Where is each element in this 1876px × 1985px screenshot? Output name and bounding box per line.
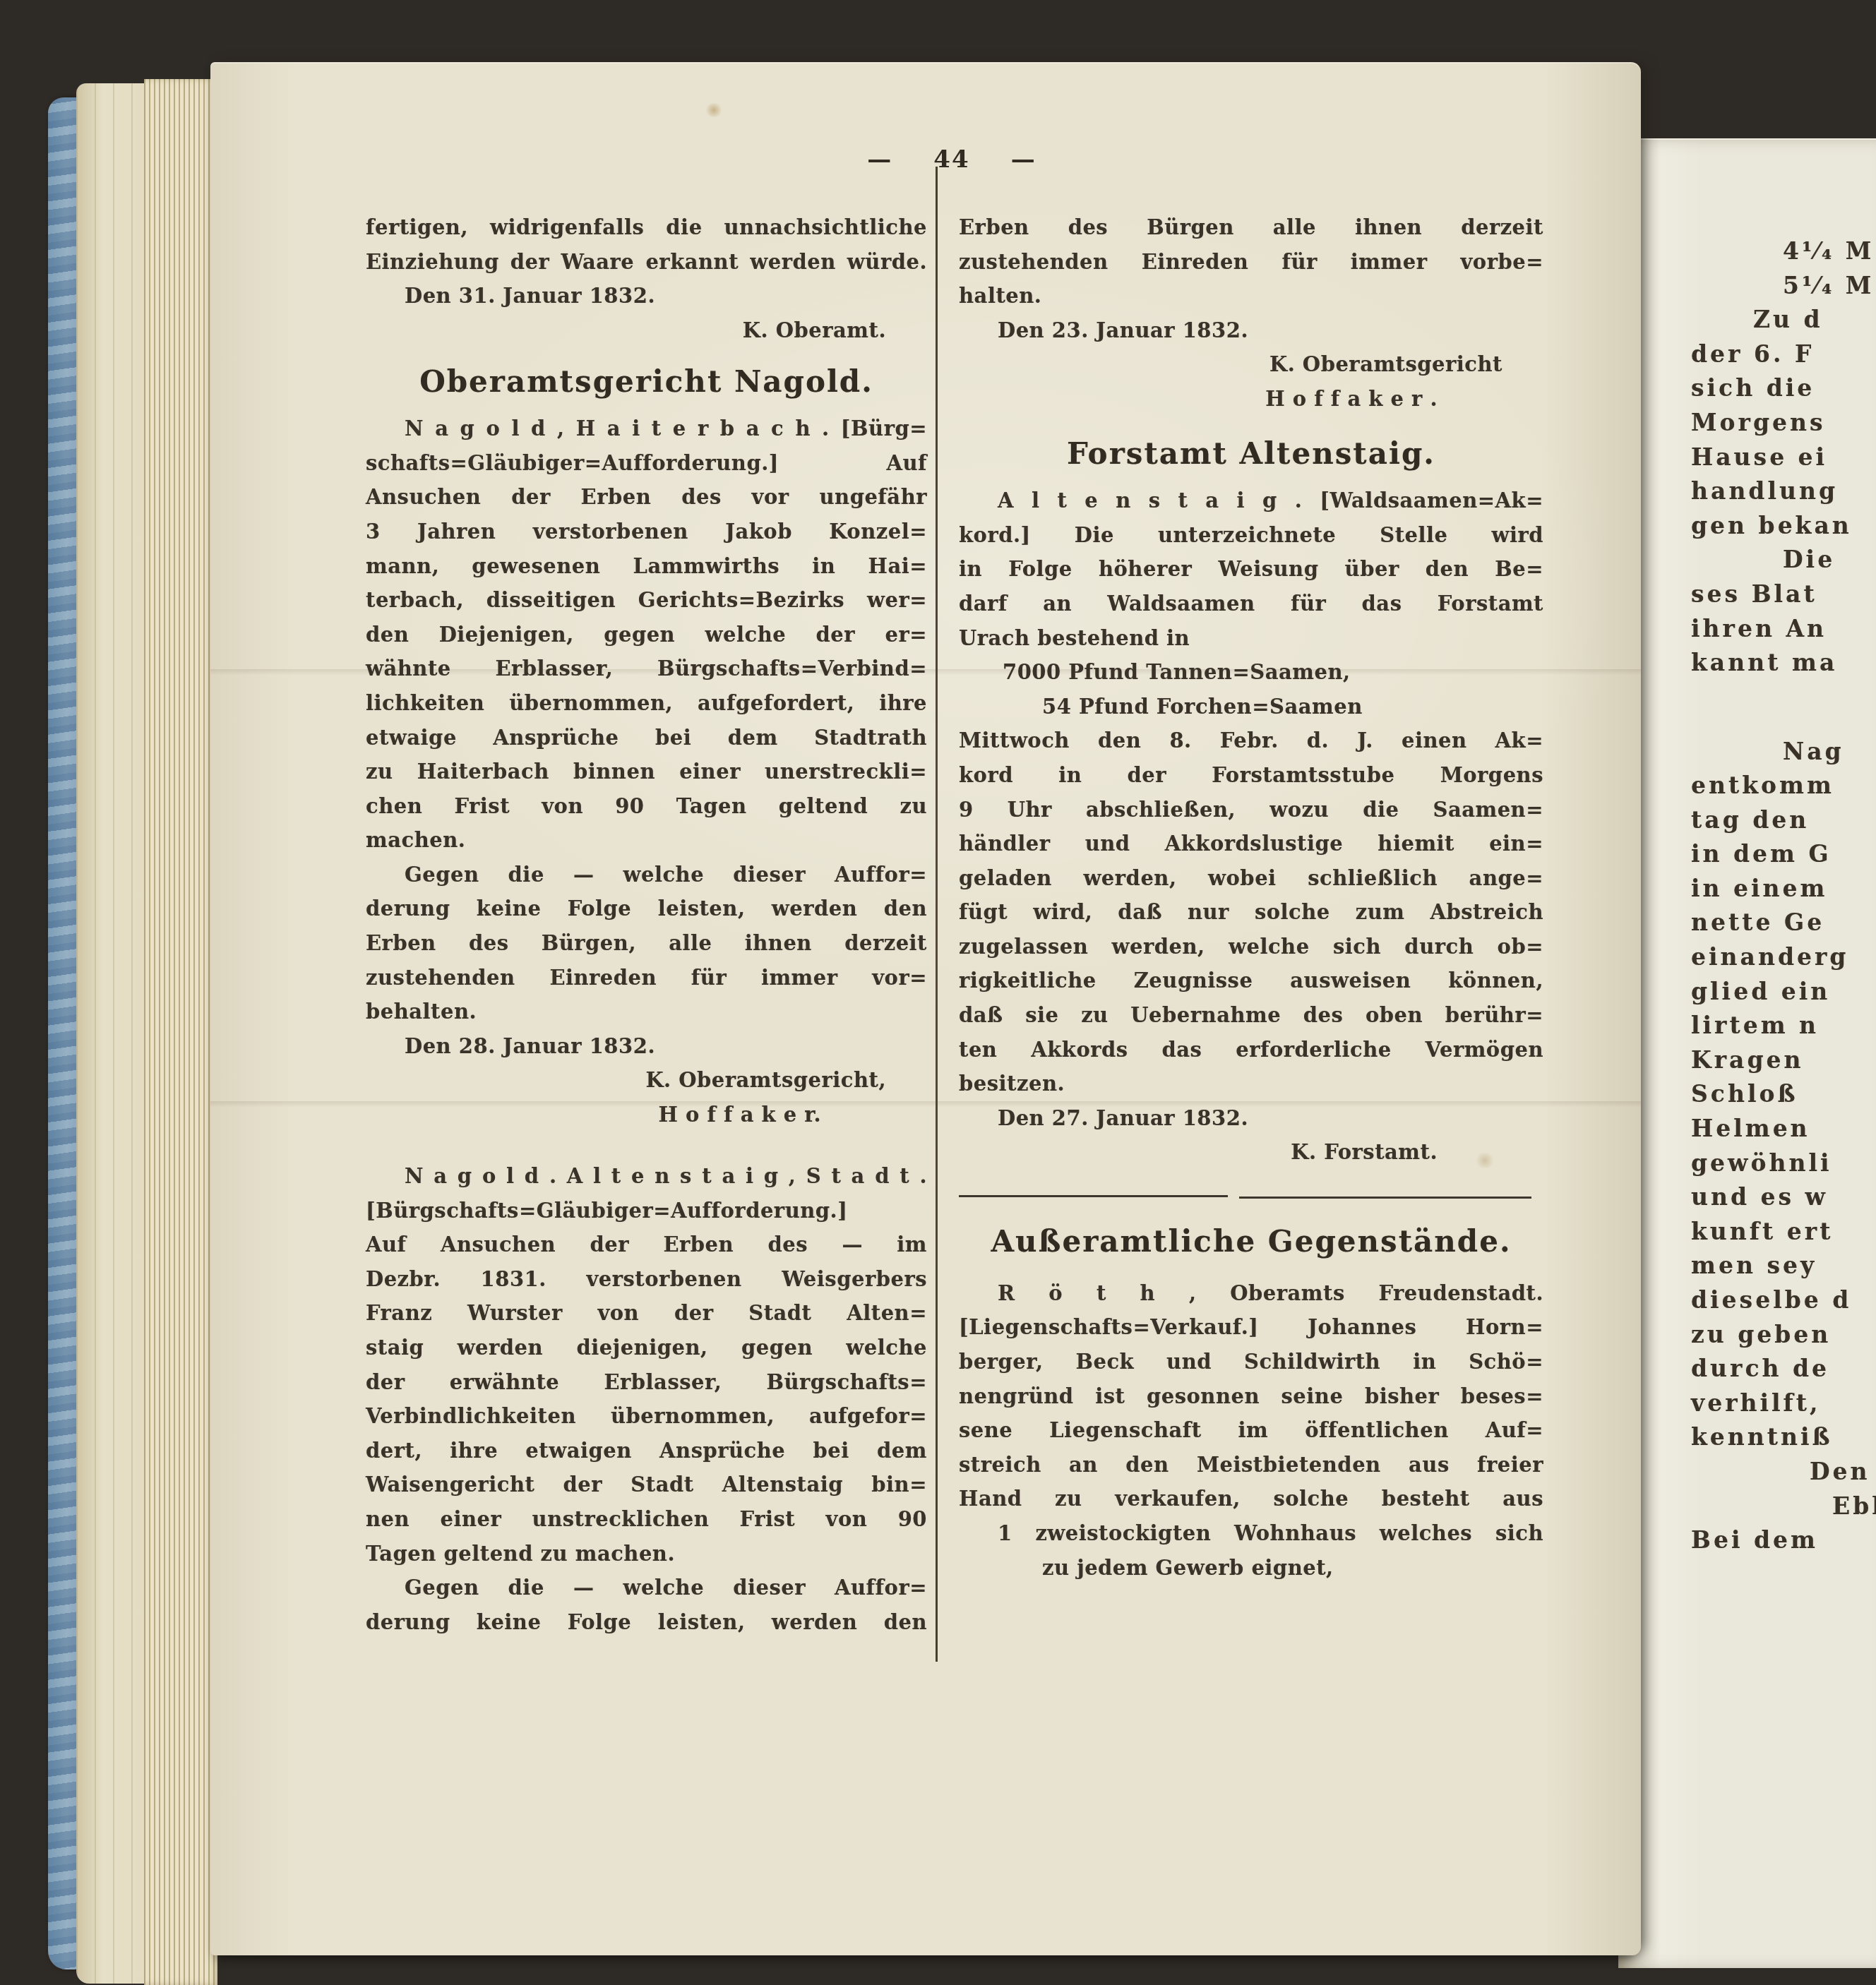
text-line: R ö t h , Oberamts Freudenstadt. <box>959 1276 1543 1311</box>
text-line: zu Haiterbach binnen einer unerstreckli= <box>366 755 927 789</box>
text-line: Dezbr. 1831. verstorbenen Weisgerbers <box>366 1262 927 1297</box>
rule-segment <box>959 1195 1228 1197</box>
text-line: Auf Ansuchen der Erben des — im <box>366 1228 927 1262</box>
text-line: [Liegenschafts=Verkauf.] Johannes Horn= <box>959 1310 1543 1345</box>
text-line: Ebh <box>1691 1489 1876 1524</box>
text-line: 5¹⁄₄ M <box>1691 269 1876 304</box>
text-line: nen einer unstrecklichen Frist von 90 <box>366 1502 927 1537</box>
text-line: Den 28. Januar 1832. <box>366 1029 927 1064</box>
text-line: fügt wird, daß nur solche zum Abstreich <box>959 895 1543 930</box>
page-number-header: —44— <box>366 145 1538 174</box>
text-line: Verbindlichkeiten übernommen, aufgefor= <box>366 1399 927 1434</box>
text-line: den Diejenigen, gegen welche der er= <box>366 618 927 652</box>
text-line: in dem G <box>1691 837 1876 872</box>
text-line: ses Blat <box>1691 577 1876 612</box>
line-gap <box>366 1132 927 1159</box>
text-line: kunft ert <box>1691 1215 1876 1249</box>
text-line: machen. <box>366 823 927 858</box>
header-dash: — <box>970 145 1077 174</box>
text-line: Bei dem <box>1691 1523 1876 1558</box>
text-line: Den 27. Januar 1832. <box>959 1101 1543 1136</box>
text-line: dert, ihre etwaigen Ansprüche bei dem <box>366 1434 927 1468</box>
text-line: 9 Uhr abschließen, wozu die Saamen= <box>959 793 1543 827</box>
header-dash: — <box>826 145 933 174</box>
text-line: besitzen. <box>959 1067 1543 1101</box>
text-line: der 6. F <box>1691 337 1876 372</box>
column-3: 4¹⁄₄ M5¹⁄₄ MZu dder 6. Fsich dieMorgensH… <box>1691 234 1876 1558</box>
text-line: Hand zu verkaufen, solche besteht aus <box>959 1482 1543 1516</box>
text-line: A l t e n s t a i g . [Waldsaamen=Ak= <box>959 484 1543 518</box>
page-number: 44 <box>933 145 969 174</box>
text-line: daß sie zu Uebernahme des oben berühr= <box>959 998 1543 1033</box>
text-line: N a g o l d . A l t e n s t a i g , S t … <box>366 1159 927 1194</box>
text-line: Zu d <box>1691 303 1876 337</box>
text-line: zustehenden Einreden für immer vorbe= <box>959 245 1543 280</box>
next-page-under: 4¹⁄₄ M5¹⁄₄ MZu dder 6. Fsich dieMorgensH… <box>1618 138 1876 1968</box>
line-gap <box>366 404 927 412</box>
text-line: gewöhnli <box>1691 1146 1876 1181</box>
text-line: Mittwoch den 8. Febr. d. J. einen Ak= <box>959 724 1543 758</box>
text-line: Die <box>1691 543 1876 577</box>
line-gap <box>959 1264 1543 1276</box>
text-line: halten. <box>959 279 1543 313</box>
text-line: glied ein <box>1691 975 1876 1009</box>
text-line: einanderg <box>1691 940 1876 975</box>
text-line: H o f f a k e r. <box>366 1098 927 1132</box>
text-line: kord.] Die unterzeichnete Stelle wird <box>959 518 1543 553</box>
text-line: gen bekan <box>1691 509 1876 544</box>
text-line: Urach bestehend in <box>959 621 1543 656</box>
text-line: 1 zweistockigten Wohnhaus welches sich <box>959 1516 1543 1551</box>
text-line: nengründ ist gesonnen seine bisher beses… <box>959 1379 1543 1414</box>
text-line: Hause ei <box>1691 440 1876 475</box>
text-line: tag den <box>1691 803 1876 838</box>
line-gap <box>959 1204 1543 1219</box>
text-line: K. Oberamtsgericht, <box>366 1063 927 1098</box>
text-line: Helmen <box>1691 1112 1876 1146</box>
text-line: Schloß <box>1691 1077 1876 1112</box>
text-line: kord in der Forstamtsstube Morgens <box>959 758 1543 793</box>
text-line: sich die <box>1691 371 1876 406</box>
text-line: derung keine Folge leisten, werden den <box>366 1605 927 1640</box>
text-line: K. Forstamt. <box>959 1135 1543 1170</box>
line-gap <box>366 347 927 359</box>
line-gap <box>1691 680 1876 735</box>
text-line: terbach, disseitigen Gerichts=Bezirks we… <box>366 583 927 618</box>
column-2: Erben des Bürgen alle ihnen derzeitzuste… <box>959 210 1543 1585</box>
main-page: —44— fertigen, widrigenfalls die unnachs… <box>210 62 1641 1955</box>
line-gap <box>959 476 1543 484</box>
text-line: durch de <box>1691 1352 1876 1386</box>
text-line: Franz Wurster von der Stadt Alten= <box>366 1296 927 1331</box>
text-line: zu jedem Gewerb eignet, <box>959 1551 1543 1585</box>
text-line: handlung <box>1691 474 1876 509</box>
text-line: 4¹⁄₄ M <box>1691 234 1876 269</box>
text-line: dieselbe d <box>1691 1283 1876 1318</box>
text-line: K. Oberamt. <box>366 313 927 348</box>
text-line: verhilft, <box>1691 1386 1876 1421</box>
text-line: Kragen <box>1691 1043 1876 1078</box>
text-line: Gegen die — welche dieser Auffor= <box>366 1571 927 1605</box>
text-line: in Folge höherer Weisung über den Be= <box>959 552 1543 587</box>
text-line: men sey <box>1691 1249 1876 1283</box>
text-line: Waisengericht der Stadt Altenstaig bin= <box>366 1468 927 1502</box>
text-line: zustehenden Einreden für immer vor= <box>366 961 927 995</box>
text-line: chen Frist von 90 Tagen geltend zu <box>366 789 927 824</box>
text-line: 54 Pfund Forchen=Saamen <box>959 690 1543 724</box>
text-line: fertigen, widrigenfalls die unnachsichtl… <box>366 210 927 245</box>
text-line: entkomm <box>1691 769 1876 803</box>
text-line: Den 31. Januar 1832. <box>366 279 927 313</box>
text-line: händler und Akkordslustige hiemit ein= <box>959 827 1543 861</box>
text-line: Den 23. Januar 1832. <box>959 313 1543 348</box>
book-scan-scene: 4¹⁄₄ M5¹⁄₄ MZu dder 6. Fsich dieMorgensH… <box>0 0 1876 1976</box>
text-line: darf an Waldsaamen für das Forstamt <box>959 587 1543 621</box>
text-line: Einziehung der Waare erkannt werden würd… <box>366 245 927 280</box>
text-line: lirtem n <box>1691 1009 1876 1043</box>
text-line: Erben des Bürgen, alle ihnen derzeit <box>366 926 927 961</box>
page-edges-stack-outer <box>76 83 144 1976</box>
text-line: Tagen geltend zu machen. <box>366 1537 927 1571</box>
section-heading: Oberamtsgericht Nagold. <box>366 359 927 404</box>
rule-segment <box>1239 1197 1531 1199</box>
text-line: Morgens <box>1691 406 1876 440</box>
text-line: Den <box>1691 1455 1876 1489</box>
text-line: zugelassen werden, welche sich durch ob= <box>959 930 1543 964</box>
text-line: und es w <box>1691 1180 1876 1215</box>
text-line: N a g o l d , H a i t e r b a c h . [Bür… <box>366 412 927 446</box>
page-edges-stack-inner <box>144 79 217 1976</box>
text-line: geladen werden, wobei schließlich ange= <box>959 861 1543 896</box>
text-line: kannt ma <box>1691 646 1876 680</box>
text-line: nette Ge <box>1691 906 1876 940</box>
text-line: der erwähnte Erblasser, Bürgschafts= <box>366 1365 927 1400</box>
text-line: derung keine Folge leisten, werden den <box>366 892 927 926</box>
text-line: H o f f a k e r . <box>959 382 1543 416</box>
text-line: lichkeiten übernommen, aufgefordert, ihr… <box>366 686 927 721</box>
line-gap <box>959 1170 1543 1188</box>
text-line: streich an den Meistbietenden aus freier <box>959 1448 1543 1482</box>
text-line: Erben des Bürgen alle ihnen derzeit <box>959 210 1543 245</box>
text-line: zu geben <box>1691 1318 1876 1353</box>
text-line: berger, Beck und Schildwirth in Schö= <box>959 1345 1543 1379</box>
foxing-spot <box>705 103 723 117</box>
text-line: Gegen die — welche dieser Auffor= <box>366 858 927 892</box>
line-gap <box>959 416 1543 432</box>
section-heading: Außeramtliche Gegenstände. <box>959 1219 1543 1264</box>
text-line: [Bürgschafts=Gläubiger=Aufforderung.] <box>366 1194 927 1228</box>
text-line: Ansuchen der Erben des vor ungefähr <box>366 480 927 515</box>
text-line: K. Oberamtsgericht <box>959 347 1543 382</box>
text-line: 3 Jahren verstorbenen Jakob Konzel= <box>366 515 927 549</box>
text-line: mann, gewesenen Lammwirths in Hai= <box>366 549 927 584</box>
text-line: etwaige Ansprüche bei dem Stadtrath <box>366 721 927 755</box>
text-line: kenntniß <box>1691 1420 1876 1455</box>
text-line: ihren An <box>1691 612 1876 647</box>
column-divider-rule <box>936 167 938 1662</box>
text-line: 7000 Pfund Tannen=Saamen, <box>959 655 1543 690</box>
text-line: behalten. <box>366 995 927 1029</box>
section-divider-rule <box>959 1188 1543 1204</box>
text-line: Nag <box>1691 735 1876 769</box>
section-heading: Forstamt Altenstaig. <box>959 431 1543 476</box>
column-1: fertigen, widrigenfalls die unnachsichtl… <box>366 210 927 1639</box>
text-line: schafts=Gläubiger=Aufforderung.] Auf <box>366 446 927 481</box>
text-line: wähnte Erblasser, Bürgschafts=Verbind= <box>366 652 927 686</box>
text-line: in einem <box>1691 872 1876 906</box>
text-line: ten Akkords das erforderliche Vermögen <box>959 1033 1543 1067</box>
text-line: sene Liegenschaft im öffentlichen Auf= <box>959 1413 1543 1448</box>
text-line: staig werden diejenigen, gegen welche <box>366 1331 927 1365</box>
text-line: rigkeitliche Zeugnisse ausweisen können, <box>959 964 1543 998</box>
